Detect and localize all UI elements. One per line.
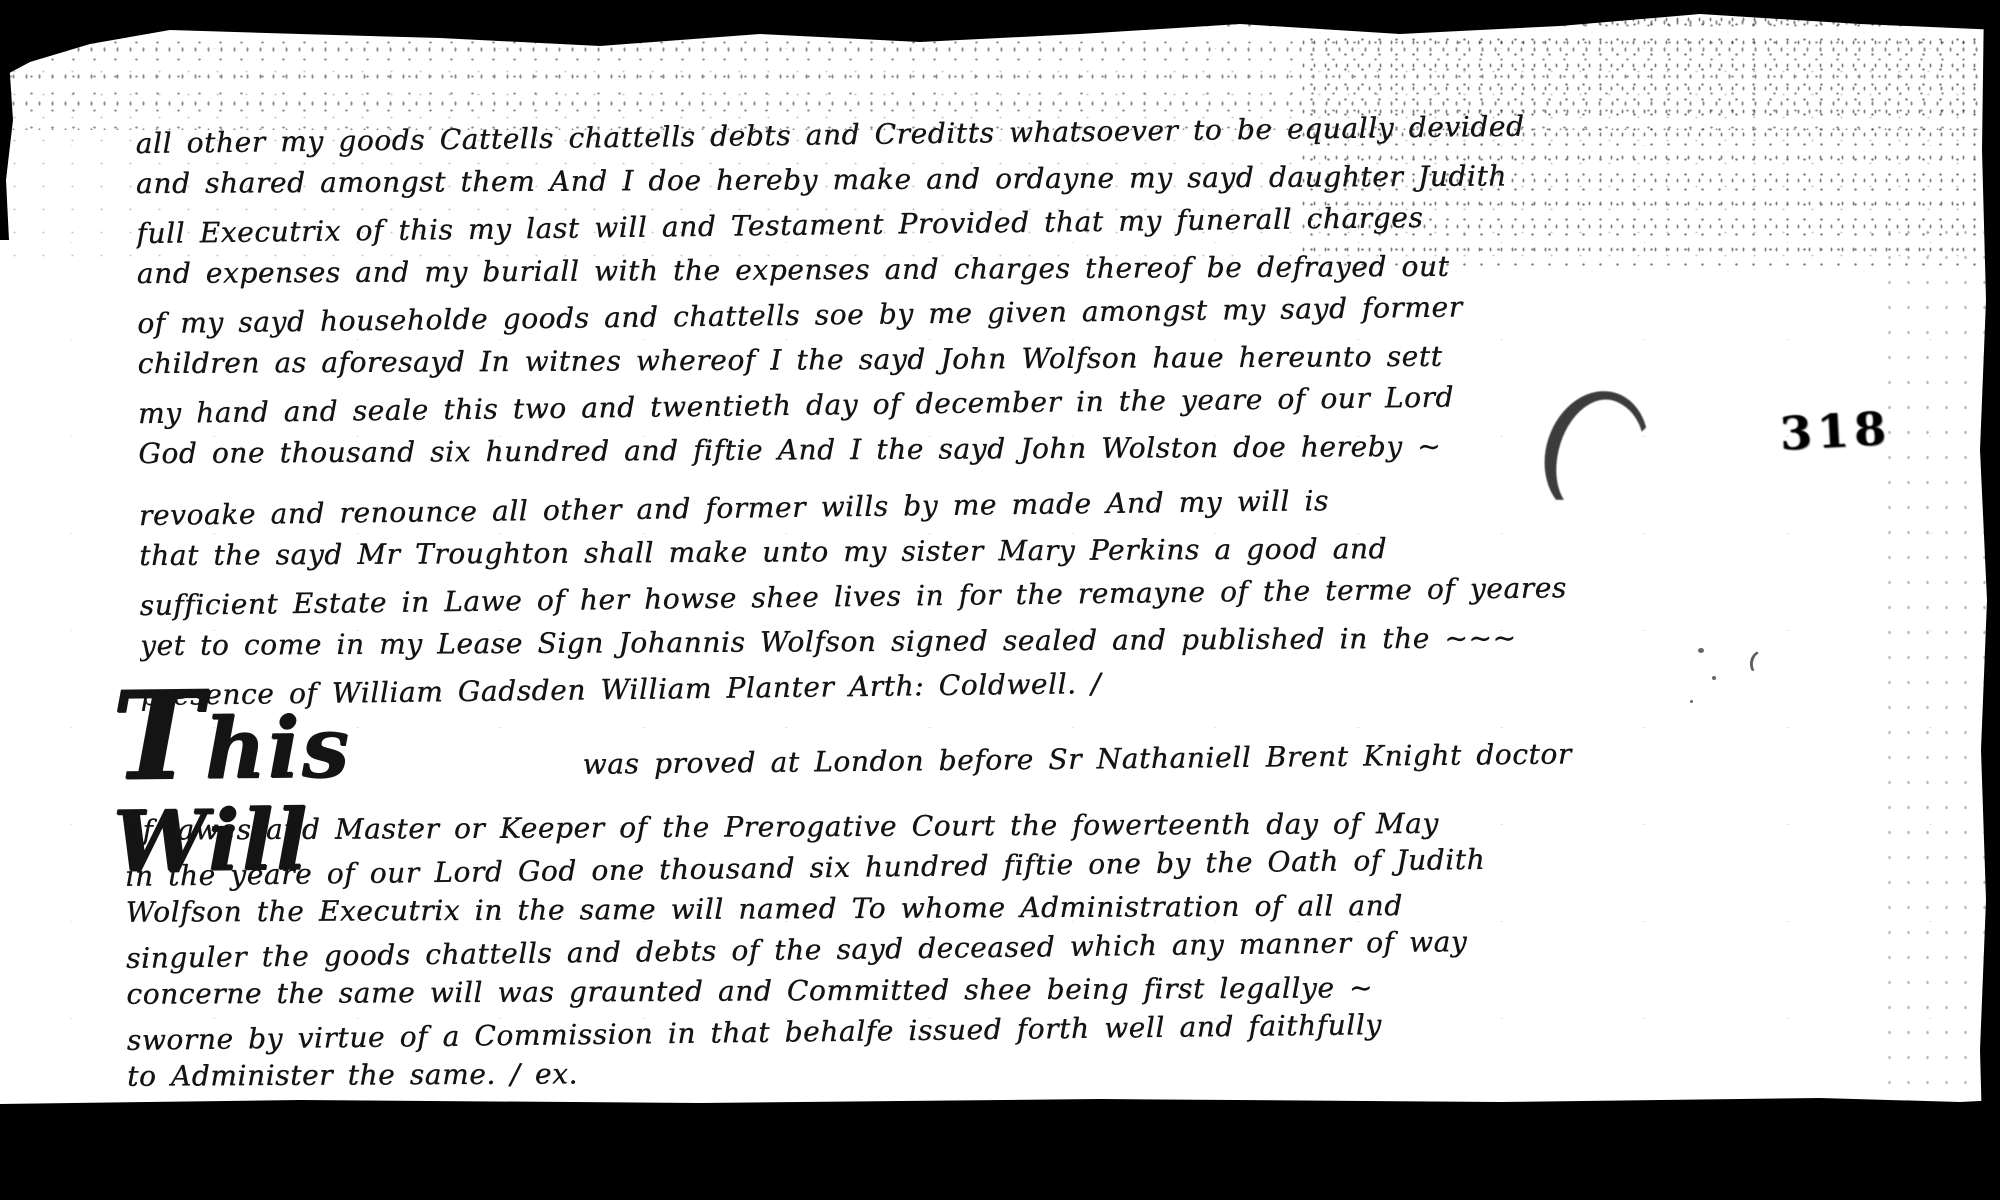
right-torn-edge: [1978, 0, 2000, 1200]
noise-speckle-right: [1880, 220, 1995, 1100]
probate-opening-rest: was proved at London before Sr Nathaniel…: [582, 737, 1572, 780]
probate-text: of lawes and Master or Keeper of the Pre…: [125, 800, 1527, 1099]
page-number-stamp: 318: [1779, 401, 1893, 461]
top-torn-edge: [0, 0, 2000, 90]
ink-dot: [1712, 676, 1716, 680]
ink-dot: [1698, 648, 1704, 653]
page-scan: all other my goods Cattells chattells de…: [0, 0, 2000, 1200]
manuscript-line: God one thousand six hundred and fiftie …: [138, 423, 1568, 476]
ink-mark: [1747, 648, 1776, 679]
bottom-torn-edge: [0, 1096, 2000, 1200]
ink-dot: [1690, 700, 1693, 703]
manuscript-text: all other my goods Cattells chattells de…: [135, 106, 1570, 715]
probate-line: to Administer the same. / ex.: [127, 1048, 1527, 1096]
